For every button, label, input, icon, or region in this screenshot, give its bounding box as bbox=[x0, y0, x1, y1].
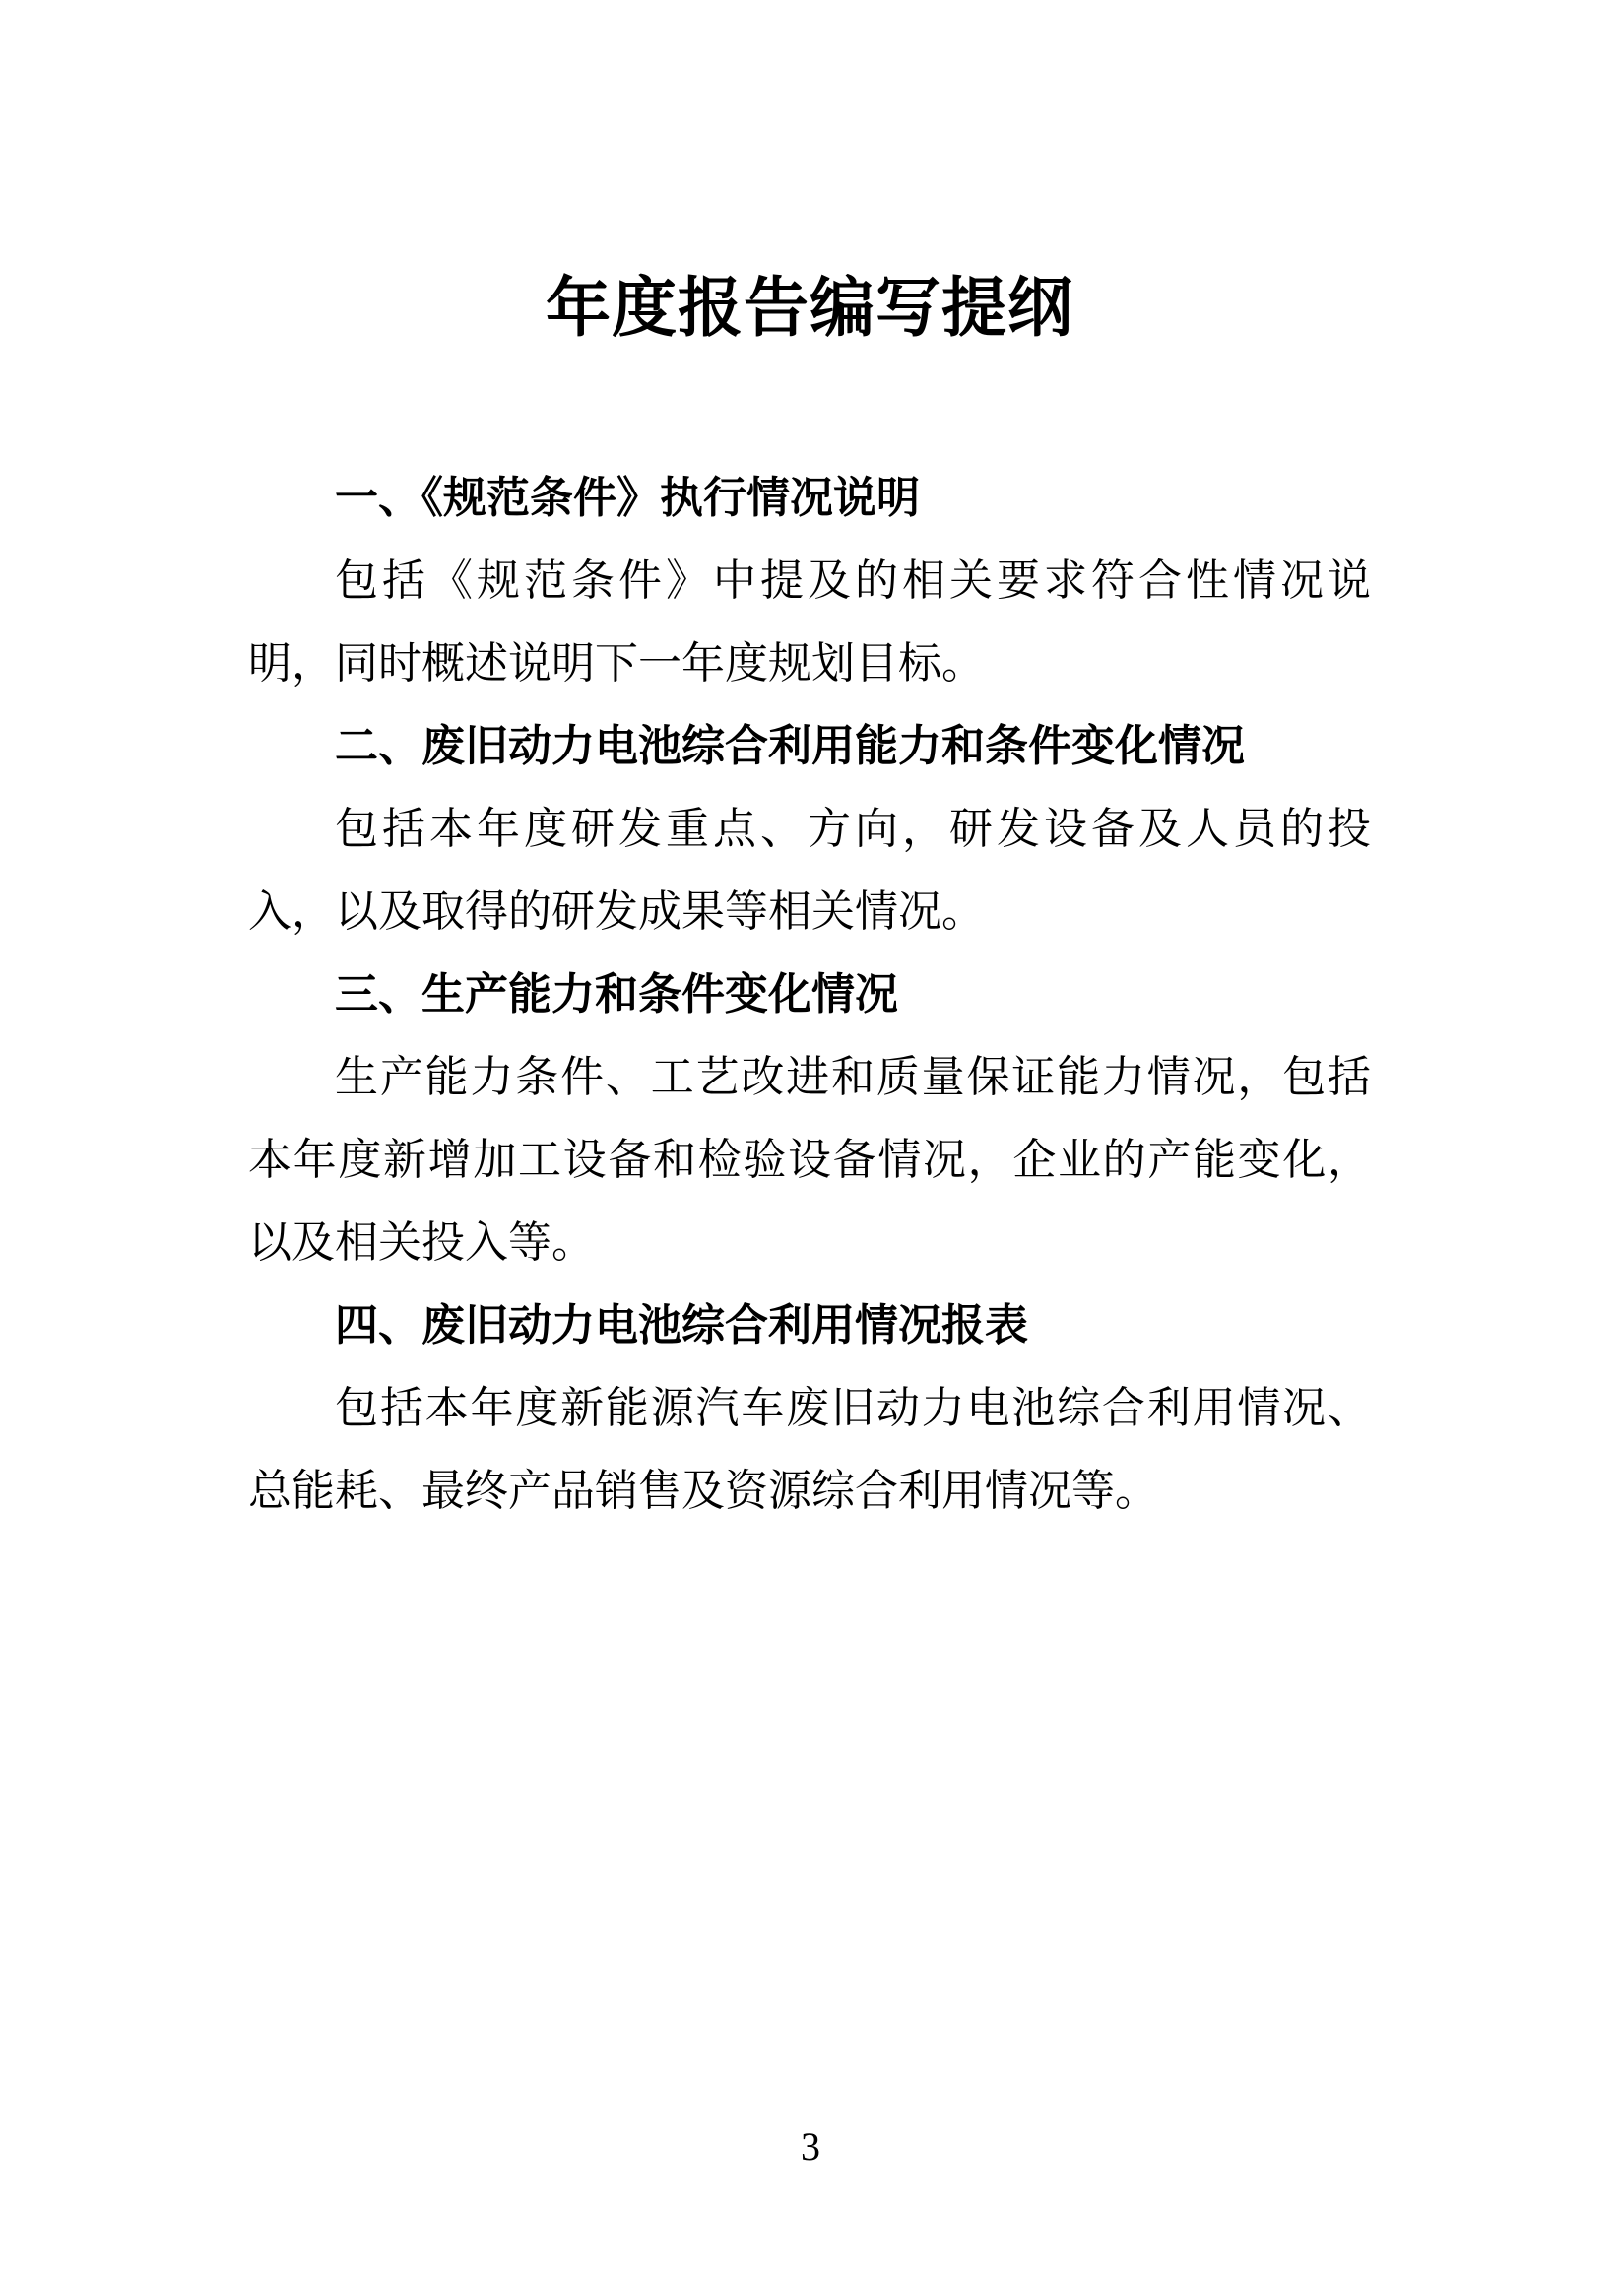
page-number: 3 bbox=[0, 2124, 1621, 2171]
section-heading: 四、废旧动力电池综合利用情况报表 bbox=[248, 1284, 1371, 1367]
section-paragraph: 包括本年度研发重点、方向，研发设备及人员的投入，以及取得的研发成果等相关情况。 bbox=[248, 788, 1371, 953]
section-3: 三、生产能力和条件变化情况 生产能力条件、工艺改进和质量保证能力情况，包括本年度… bbox=[248, 953, 1371, 1284]
section-paragraph: 包括《规范条件》中提及的相关要求符合性情况说明，同时概述说明下一年度规划目标。 bbox=[248, 540, 1371, 705]
section-4: 四、废旧动力电池综合利用情况报表 包括本年度新能源汽车废旧动力电池综合利用情况、… bbox=[248, 1284, 1371, 1533]
section-heading: 三、生产能力和条件变化情况 bbox=[248, 953, 1371, 1036]
document-page: 年度报告编写提纲 一、《规范条件》执行情况说明 包括《规范条件》中提及的相关要求… bbox=[0, 0, 1621, 2296]
section-paragraph: 包括本年度新能源汽车废旧动力电池综合利用情况、总能耗、最终产品销售及资源综合利用… bbox=[248, 1367, 1371, 1533]
section-2: 二、废旧动力电池综合利用能力和条件变化情况 包括本年度研发重点、方向，研发设备及… bbox=[248, 705, 1371, 953]
section-1: 一、《规范条件》执行情况说明 包括《规范条件》中提及的相关要求符合性情况说明，同… bbox=[248, 457, 1371, 705]
document-content: 年度报告编写提纲 一、《规范条件》执行情况说明 包括《规范条件》中提及的相关要求… bbox=[248, 268, 1371, 1533]
page-title: 年度报告编写提纲 bbox=[248, 268, 1371, 351]
section-heading: 二、废旧动力电池综合利用能力和条件变化情况 bbox=[248, 705, 1371, 788]
section-paragraph: 生产能力条件、工艺改进和质量保证能力情况，包括本年度新增加工设备和检验设备情况，… bbox=[248, 1036, 1371, 1284]
section-heading: 一、《规范条件》执行情况说明 bbox=[248, 457, 1371, 540]
